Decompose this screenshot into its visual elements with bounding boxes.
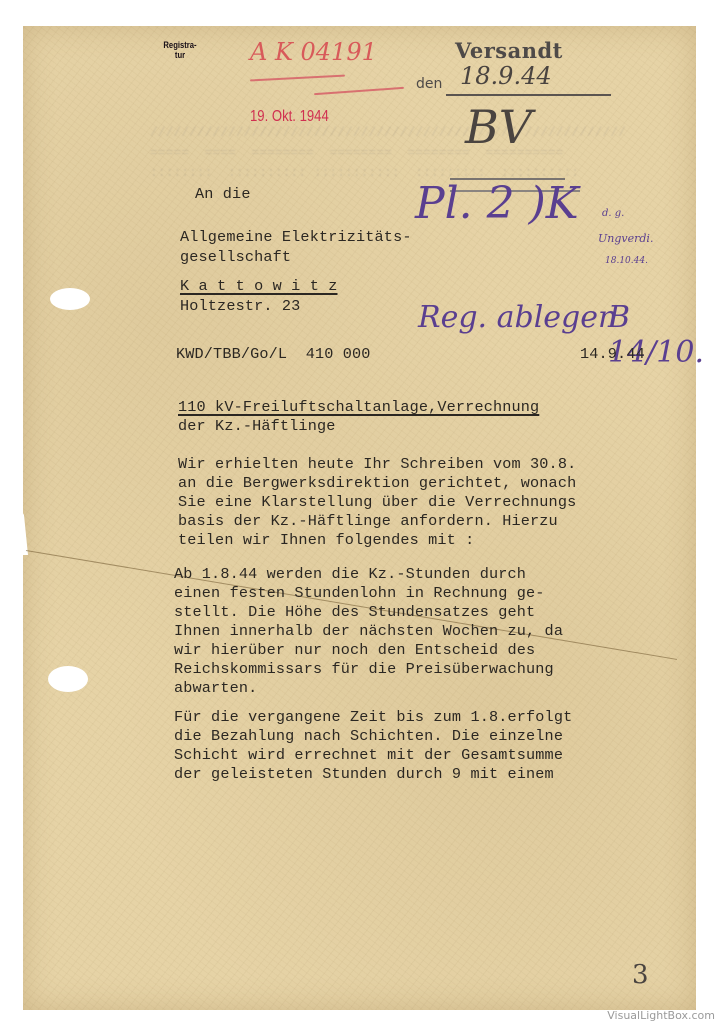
registratur-stamp: Registra- tur bbox=[155, 40, 206, 60]
recipient-company-line2: gesellschaft bbox=[180, 248, 291, 267]
initials-handwritten: BV bbox=[465, 100, 532, 154]
ink-note-small-date: 18.10.44. bbox=[605, 256, 648, 266]
recipient-company-line1: Allgemeine Elektrizitäts- bbox=[180, 228, 412, 247]
ink-note-small-dg: d. g. bbox=[602, 208, 624, 219]
ink-note-reg-ablegen: Reg. ablegen bbox=[418, 300, 617, 335]
subject-line1: 110 kV-Freiluftschaltanlage,Verrechnung bbox=[178, 398, 539, 417]
faint-carbon-text: ////////////////////////////////////////… bbox=[150, 125, 626, 140]
body-line: Ihnen innerhalb der nächsten Wochen zu, … bbox=[174, 622, 563, 641]
watermark: VisualLightBox.com bbox=[607, 1009, 715, 1022]
body-line: teilen wir Ihnen folgendes mit : bbox=[178, 531, 474, 550]
versandt-date-handwritten: 18.9.44 bbox=[460, 62, 552, 90]
body-line: Schicht wird errechnet mit der Gesamtsum… bbox=[174, 746, 563, 765]
page-number: 3 bbox=[632, 960, 649, 990]
reference-code: KWD/TBB/Go/L 410 000 bbox=[176, 345, 371, 364]
file-number-handwritten: A K 04191 bbox=[250, 38, 377, 66]
body-line: abwarten. bbox=[174, 679, 257, 698]
body-line: wir hierüber nur noch den Entscheid des bbox=[174, 641, 535, 660]
body-line: die Bezahlung nach Schichten. Die einzel… bbox=[174, 727, 563, 746]
ink-note-small-ungverdi: Ungverdi. bbox=[598, 232, 653, 245]
received-date-stamp: 19. Okt. 1944 bbox=[250, 108, 329, 126]
recipient-salutation: An die bbox=[195, 185, 251, 204]
body-line: basis der Kz.-Häftlinge anfordern. Hierz… bbox=[178, 512, 558, 531]
body-line: Sie eine Klarstellung über die Verrechnu… bbox=[178, 493, 576, 512]
versandt-stamp: Versandt bbox=[455, 38, 563, 63]
ink-note-pl: Pl. 2 )K bbox=[415, 178, 579, 229]
body-line: der geleisteten Stunden durch 9 mit eine… bbox=[174, 765, 554, 784]
body-line: an die Bergwerksdirektion gerichtet, won… bbox=[178, 474, 576, 493]
punch-hole-top bbox=[50, 288, 90, 310]
recipient-city: K a t t o w i t z bbox=[180, 277, 338, 296]
letter-date: 14.9.44 bbox=[580, 345, 645, 364]
body-line: Reichskommissars für die Preisüberwachun… bbox=[174, 660, 554, 679]
punch-hole-bottom bbox=[48, 666, 88, 692]
body-line: Ab 1.8.44 werden die Kz.-Stunden durch bbox=[174, 565, 526, 584]
versandt-date-line bbox=[446, 94, 611, 96]
recipient-street: Holtzestr. 23 bbox=[180, 297, 300, 316]
den-label: den bbox=[416, 76, 442, 92]
body-line: Für die vergangene Zeit bis zum 1.8.erfo… bbox=[174, 708, 572, 727]
body-line: einen festen Stundenlohn in Rechnung ge- bbox=[174, 584, 545, 603]
body-line: Wir erhielten heute Ihr Schreiben vom 30… bbox=[178, 455, 576, 474]
subject-line2: der Kz.-Häftlinge bbox=[178, 417, 336, 436]
body-line: stellt. Die Höhe des Stundensatzes geht bbox=[174, 603, 535, 622]
